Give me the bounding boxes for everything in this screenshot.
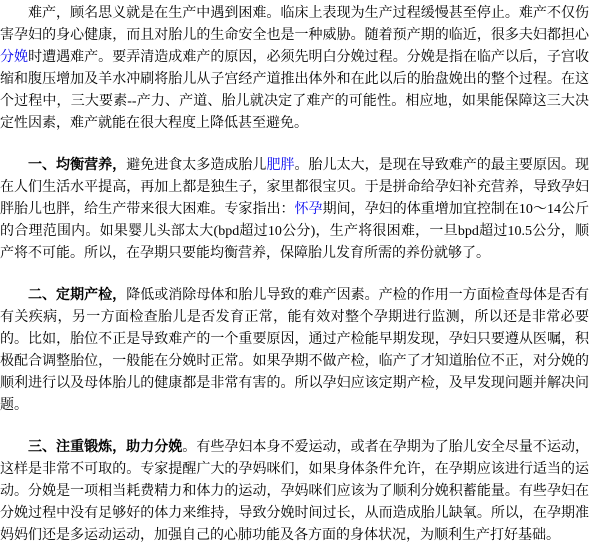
intro-text-1: 难产，顾名思义就是在生产中遇到困难。临床上表现为生产过程缓慢甚至停止。难产不仅伤…: [0, 6, 589, 43]
paragraph-section-2: 二、定期产检，降低或消除母体和胎儿导致的难产因素。产检的作用一方面检查母体是否有…: [0, 285, 589, 417]
section-2-text: 降低或消除母体和胎儿导致的难产因素。产检的作用一方面检查母体是否有有关疾病，另一…: [0, 288, 589, 413]
section-1-heading: 一、均衡营养，: [28, 158, 126, 173]
section-2-heading: 二、定期产检，: [28, 288, 126, 303]
paragraph-section-3: 三、注重锻炼，助力分娩。有些孕妇本身不爱运动，或者在孕期为了胎儿安全尽量不运动，…: [0, 437, 589, 547]
section-3-text: 。有些孕妇本身不爱运动，或者在孕期为了胎儿安全尽量不运动，这样是非常不可取的。专…: [0, 440, 589, 543]
paragraph-intro: 难产，顾名思义就是在生产中遇到困难。临床上表现为生产过程缓慢甚至停止。难产不仅伤…: [0, 3, 589, 135]
link-pregnancy[interactable]: 怀孕: [295, 202, 323, 217]
article-body: 难产，顾名思义就是在生产中遇到困难。临床上表现为生产过程缓慢甚至停止。难产不仅伤…: [0, 3, 589, 547]
intro-text-2: 时遭遇难产。要弄清造成难产的原因，必须先明白分娩过程。分娩是指在临产以后，子宫收…: [0, 50, 589, 131]
paragraph-section-1: 一、均衡营养，避免进食太多造成胎儿肥胖。胎儿太大，是现在导致难产的最主要原因。现…: [0, 155, 589, 265]
section-1-text-1: 避免进食太多造成胎儿: [126, 158, 266, 173]
link-obesity[interactable]: 肥胖: [266, 158, 294, 173]
section-3-heading: 三、注重锻炼，助力分娩: [28, 440, 182, 455]
page-background: { "colors": { "background": "#FFFFFF", "…: [0, 0, 589, 547]
link-childbirth[interactable]: 分娩: [0, 50, 28, 65]
